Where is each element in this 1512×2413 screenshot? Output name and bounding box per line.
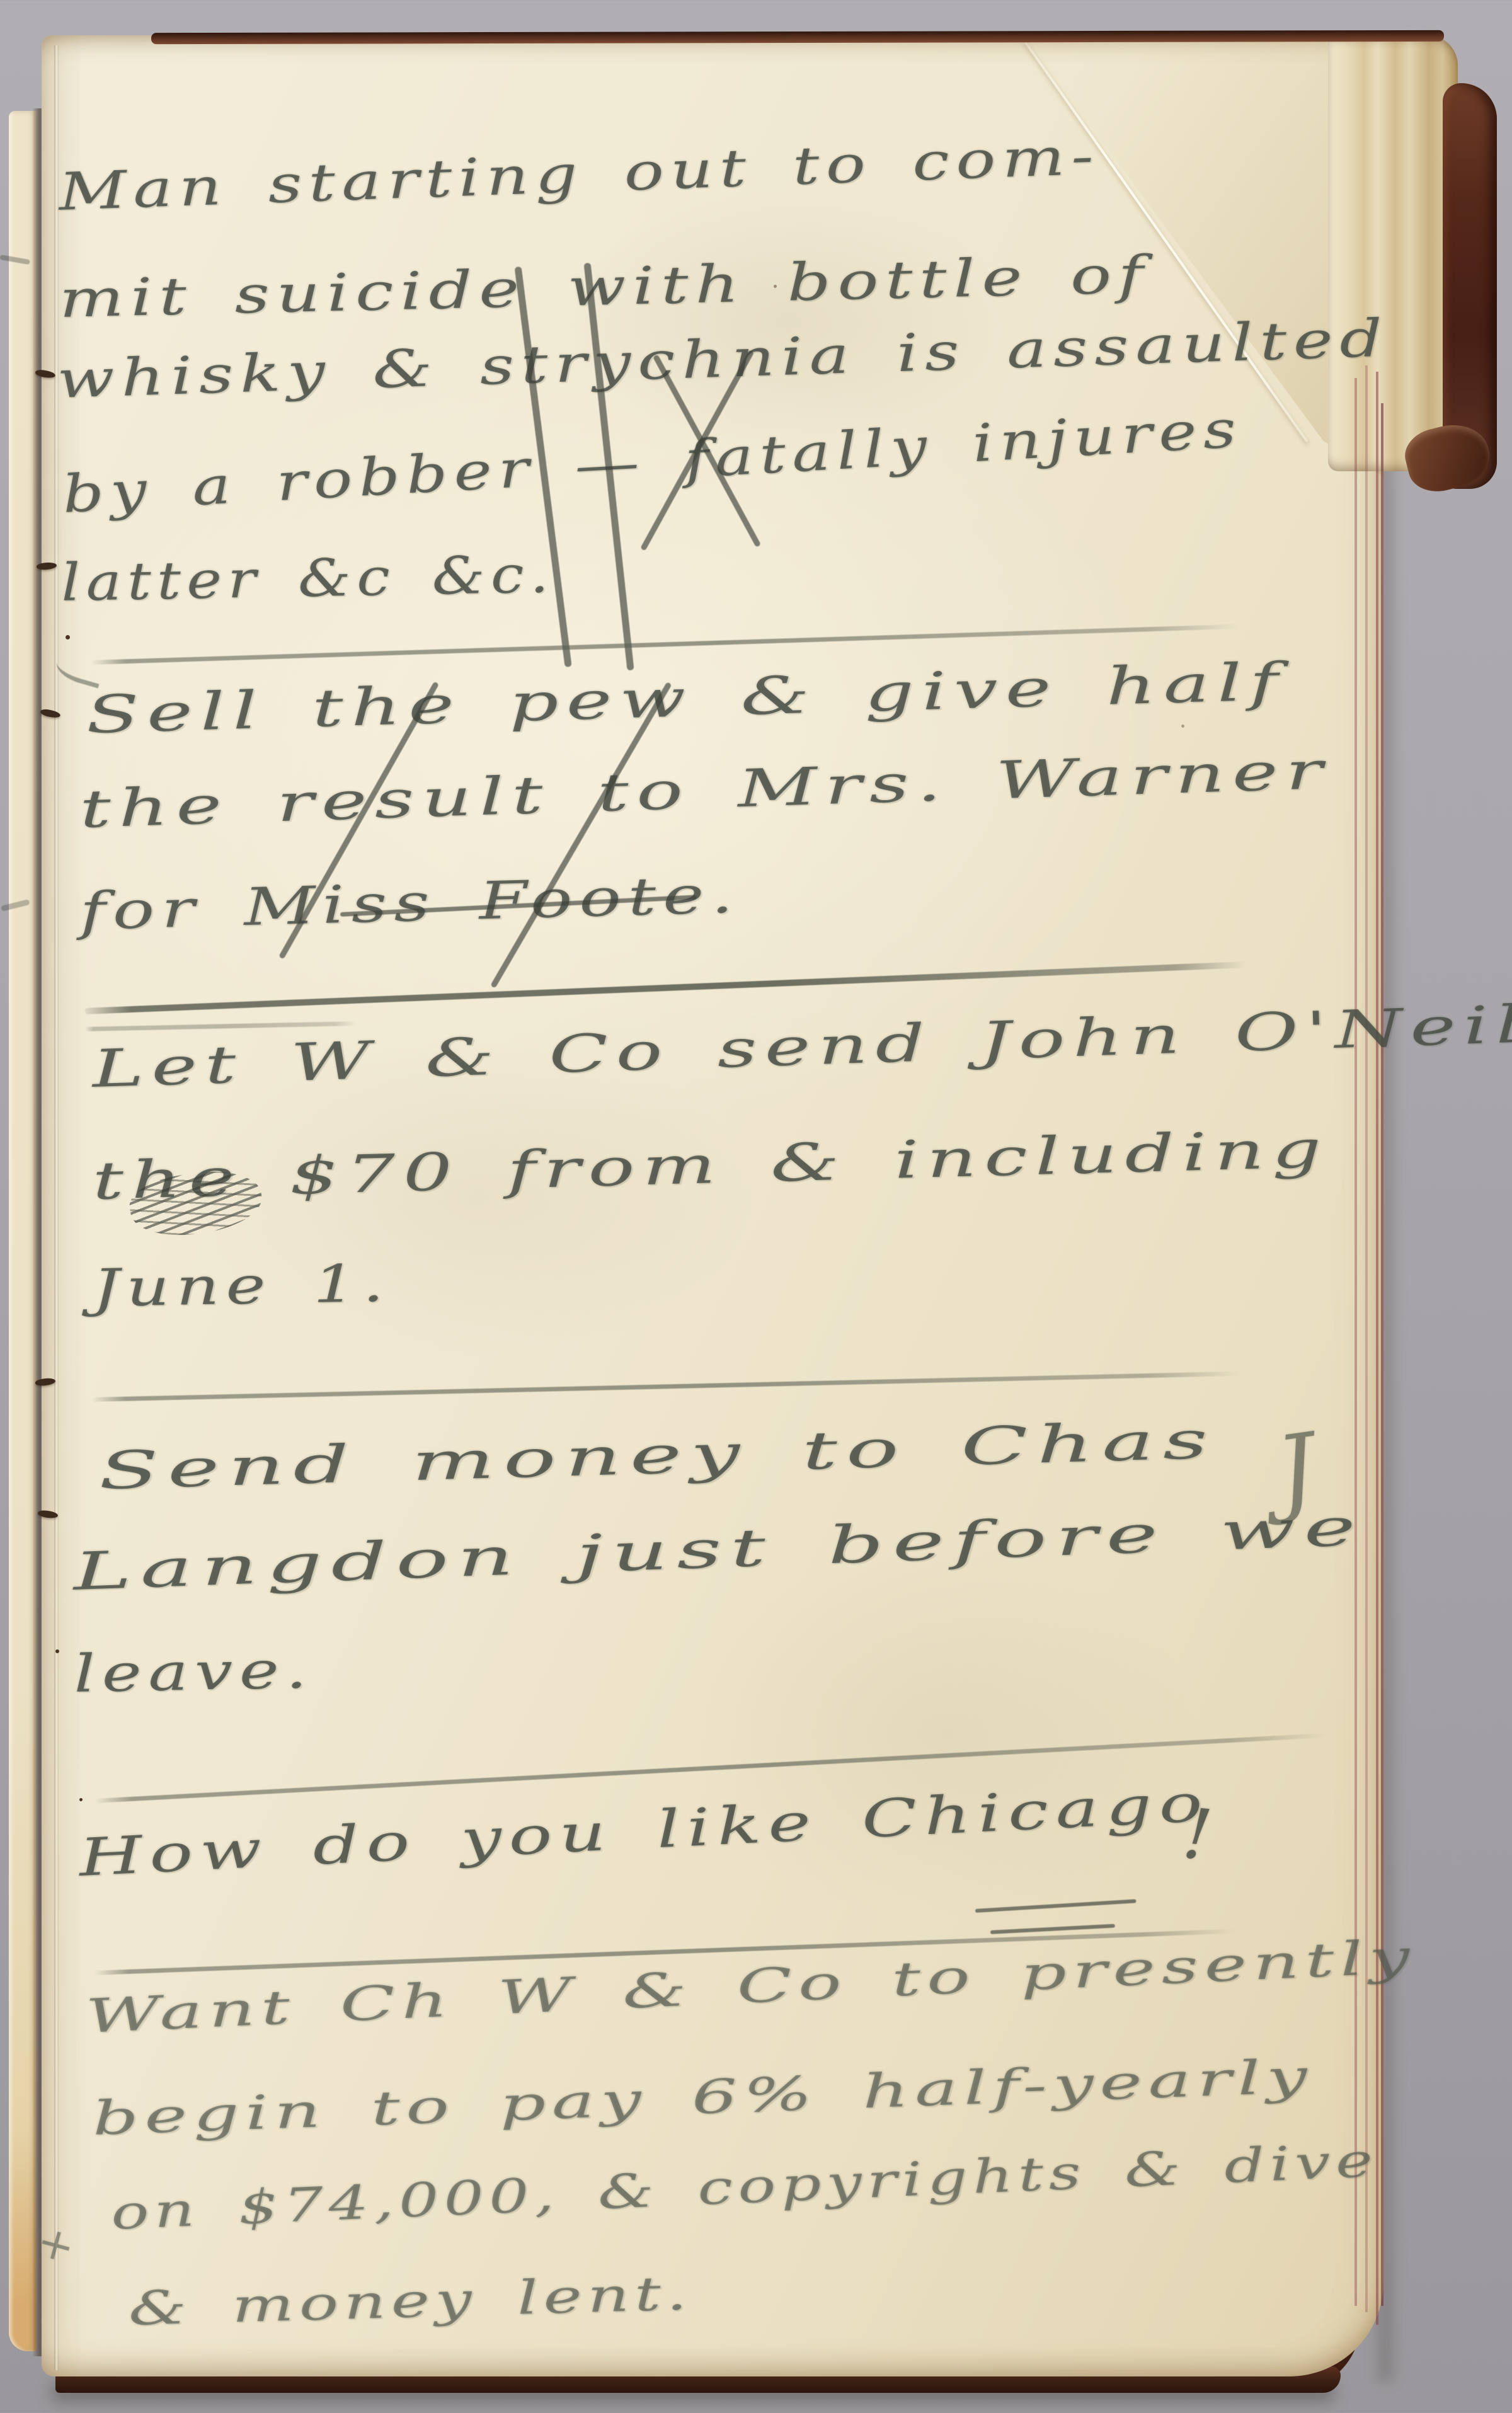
handwriting-line: June 1. bbox=[92, 1254, 391, 1319]
paper-stain bbox=[693, 1544, 1197, 1922]
fore-edge-stain-line bbox=[1381, 403, 1383, 2306]
paper-speck bbox=[79, 1798, 83, 1801]
fore-edge-stain-line bbox=[1354, 378, 1357, 2306]
under-page-edges bbox=[1328, 35, 1458, 471]
handwriting-line: latter &c &c. bbox=[60, 544, 554, 613]
photograph-scene: Man starting out to com- mit suicide wit… bbox=[0, 0, 1512, 2413]
handwriting-line: leave. bbox=[73, 1640, 314, 1704]
fore-edge-stain-line bbox=[1365, 365, 1368, 2312]
paper-speck bbox=[66, 635, 70, 639]
paper-speck bbox=[55, 1649, 59, 1653]
fore-edge-stain-line bbox=[1376, 372, 1378, 2325]
paper-speck bbox=[1181, 725, 1184, 728]
paper-stain bbox=[567, 189, 1008, 454]
